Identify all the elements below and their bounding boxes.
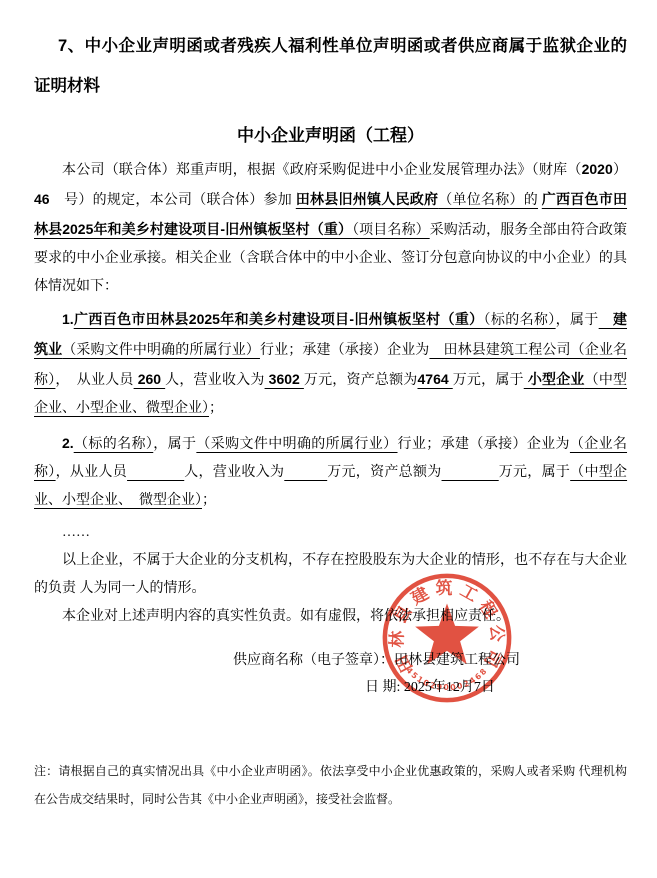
text-segment: 以上企业，不属于大企业的分支机构，不存在控股股东为大企业的情形，也不存在与大企业… — [34, 553, 627, 596]
text-segment: 3602 — [265, 371, 304, 387]
paragraph: 1.广西百色市田林县2025年和美乡村建设项目-旧州镇板坚村（重）（标的名称），… — [34, 305, 627, 423]
paragraph: 2.（标的名称），属于（采购文件中明确的所属行业）行业；承建（承接）企业为（企业… — [34, 429, 627, 515]
text-segment: （采购文件中明确的所属行业） — [196, 437, 397, 452]
text-segment: 260 — [134, 371, 166, 387]
text-segment: ） — [613, 163, 627, 178]
text-segment: 广西百色市田林县2025年和美乡村建设项目-旧州镇板坚村（重） — [74, 311, 484, 327]
text-segment: （项目名称） — [352, 223, 430, 238]
text-segment: ，属于 — [556, 313, 599, 328]
text-segment: 本公司（联合体）郑重声明，根据《政府采购促进中小企业发展管理办法》（财库（ — [62, 163, 582, 178]
text-segment: ， 从业人员 — [55, 373, 133, 388]
text-segment: 小型企业 — [524, 371, 585, 387]
text-segment: 本企业对上述声明内容的真实性负责。如有虚假，将依法承担相应责任。 — [62, 609, 510, 624]
text-segment: 号）的规定，本公司（联合体）参加 — [50, 193, 296, 208]
document-page: 7、中小企业声明函或者残疾人福利性单位声明函或者供应商属于监狱企业的证明材料 中… — [0, 0, 657, 878]
text-segment: 万元，属于 — [453, 373, 524, 388]
paragraph: …… — [34, 519, 627, 547]
text-segment: 万元，资产总额为 — [327, 465, 441, 480]
text-segment: 2020 — [582, 161, 613, 177]
text-segment — [442, 465, 499, 480]
text-segment: （采购文件中明确的所属行业） — [62, 343, 260, 358]
text-segment: 4764 — [418, 371, 453, 387]
text-segment: 万元，属于 — [499, 465, 570, 480]
text-segment: ，属于 — [153, 437, 196, 452]
text-segment: 2. — [62, 435, 74, 451]
text-segment: 人，营业收入为 — [165, 373, 264, 388]
text-segment — [127, 465, 184, 480]
document-body: 本公司（联合体）郑重声明，根据《政府采购促进中小企业发展管理办法》（财库（202… — [34, 155, 627, 631]
text-segment: （单位名称）的 — [438, 193, 538, 208]
footnote: 注：请根据自己的真实情况出具《中小企业声明函》。依法享受中小企业优惠政策的，采购… — [34, 757, 627, 813]
signature-block: 供应商名称（电子签章）：田林县建筑工程公司 日 期: 2025年12月7日 — [34, 647, 627, 701]
paragraph: 本企业对上述声明内容的真实性负责。如有虚假，将依法承担相应责任。 — [34, 603, 627, 631]
supplier-signature-line: 供应商名称（电子签章）：田林县建筑工程公司 — [34, 647, 627, 674]
text-segment: 万元，资产总额为 — [304, 373, 418, 388]
text-segment — [284, 465, 327, 480]
section-heading: 7、中小企业声明函或者残疾人福利性单位声明函或者供应商属于监狱企业的证明材料 — [34, 26, 627, 106]
text-segment: 1. — [62, 311, 74, 327]
text-segment: ，从业人员 — [56, 465, 127, 480]
signature-date-line: 日 期: 2025年12月7日 — [34, 674, 627, 701]
paragraph: 本公司（联合体）郑重声明，根据《政府采购促进中小企业发展管理办法》（财库（202… — [34, 155, 627, 301]
paragraph: 以上企业，不属于大企业的分支机构，不存在控股股东为大企业的情形，也不存在与大企业… — [34, 547, 627, 603]
text-segment: （标的名称） — [484, 313, 556, 328]
text-segment: ； — [202, 493, 216, 508]
text-segment: 田林县旧州镇人民政府 — [296, 191, 438, 207]
text-segment: 人，营业收入为 — [184, 465, 284, 480]
text-segment: ； — [209, 401, 223, 416]
text-segment: 46 — [34, 191, 50, 207]
text-segment: 行业；承建（承接）企业为 — [398, 437, 570, 452]
text-segment: 行业；承建（承接）企业为 — [260, 343, 429, 358]
text-segment: …… — [62, 525, 90, 540]
text-segment: （标的名称） — [74, 437, 154, 452]
document-title: 中小企业声明函（工程） — [34, 121, 627, 146]
